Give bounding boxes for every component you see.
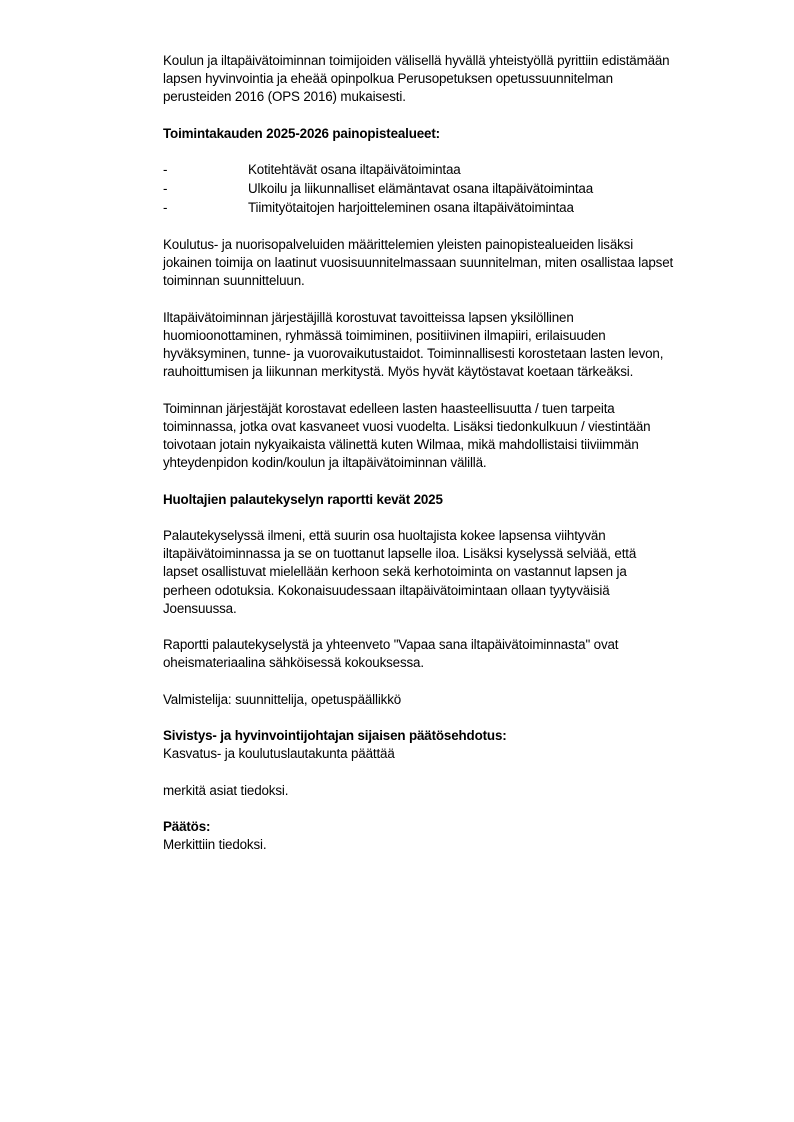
text-line: perheen odotuksia. Kokonaisuudessaan ilt… — [163, 582, 753, 600]
list-dash: - — [163, 161, 248, 180]
report-paragraph: Raportti palautekyselystä ja yhteenveto … — [163, 636, 753, 672]
text-line: Koulun ja iltapäivätoiminnan toimijoiden… — [163, 52, 753, 70]
proposal-heading: Sivistys- ja hyvinvointijohtajan sijaise… — [163, 727, 753, 745]
focus-areas-heading: Toimintakauden 2025-2026 painopistealuee… — [163, 125, 753, 143]
goals-paragraph: Iltapäivätoiminnan järjestäjillä korostu… — [163, 309, 753, 382]
survey-heading: Huoltajien palautekyselyn raportti kevät… — [163, 491, 753, 509]
text-line: Palautekyselyssä ilmeni, että suurin osa… — [163, 527, 753, 545]
text-line: jokainen toimija on laatinut vuosisuunni… — [163, 254, 753, 272]
list-item: - Ulkoilu ja liikunnalliset elämäntavat … — [163, 180, 753, 199]
decision-text: Merkittiin tiedoksi. — [163, 836, 753, 854]
text-line: toiminnan suunnitteluun. — [163, 272, 753, 290]
focus-areas-list: - Kotitehtävät osana iltapäivätoimintaa … — [163, 161, 753, 217]
text-line: oheismateriaalina sähköisessä kokouksess… — [163, 654, 753, 672]
text-line: iltapäivätoiminnassa ja se on tuottanut … — [163, 545, 753, 563]
survey-paragraph: Palautekyselyssä ilmeni, että suurin osa… — [163, 527, 753, 618]
proposal-line: Kasvatus- ja koulutuslautakunta päättää — [163, 745, 753, 763]
text-line: rauhoittumisen ja liikunnan merkitystä. … — [163, 363, 753, 381]
decision-heading: Päätös: — [163, 818, 753, 836]
list-item: - Kotitehtävät osana iltapäivätoimintaa — [163, 161, 753, 180]
list-item-text: Kotitehtävät osana iltapäivätoimintaa — [248, 161, 461, 180]
document-page: Koulun ja iltapäivätoiminnan toimijoiden… — [163, 52, 753, 873]
text-line: Toiminnan järjestäjät korostavat edellee… — [163, 400, 753, 418]
text-line: toiminnassa, jotka ovat kasvaneet vuosi … — [163, 418, 753, 436]
text-line: perusteiden 2016 (OPS 2016) mukaisesti. — [163, 88, 753, 106]
text-line: Joensuussa. — [163, 600, 753, 618]
list-dash: - — [163, 199, 248, 218]
text-line: Koulutus- ja nuorisopalveluiden määritte… — [163, 236, 753, 254]
text-line: hyväksyminen, tunne- ja vuorovaikutustai… — [163, 345, 753, 363]
needs-paragraph: Toiminnan järjestäjät korostavat edellee… — [163, 400, 753, 473]
proposal-action: merkitä asiat tiedoksi. — [163, 782, 753, 800]
intro-paragraph: Koulun ja iltapäivätoiminnan toimijoiden… — [163, 52, 753, 107]
list-item-text: Tiimityötaitojen harjoitteleminen osana … — [248, 199, 574, 218]
preparer-line: Valmistelija: suunnittelija, opetuspääll… — [163, 691, 753, 709]
text-line: lapsen hyvinvointia ja eheää opinpolkua … — [163, 70, 753, 88]
text-line: toivotaan jotain nykyaikaista välinettä … — [163, 436, 753, 454]
text-line: huomioonottaminen, ryhmässä toimiminen, … — [163, 327, 753, 345]
text-line: Iltapäivätoiminnan järjestäjillä korostu… — [163, 309, 753, 327]
text-line: yhteydenpidon kodin/koulun ja iltapäivät… — [163, 454, 753, 472]
list-dash: - — [163, 180, 248, 199]
planning-paragraph: Koulutus- ja nuorisopalveluiden määritte… — [163, 236, 753, 291]
list-item-text: Ulkoilu ja liikunnalliset elämäntavat os… — [248, 180, 593, 199]
list-item: - Tiimityötaitojen harjoitteleminen osan… — [163, 199, 753, 218]
text-line: lapset osallistuvat mielellään kerhoon s… — [163, 563, 753, 581]
text-line: Raportti palautekyselystä ja yhteenveto … — [163, 636, 753, 654]
